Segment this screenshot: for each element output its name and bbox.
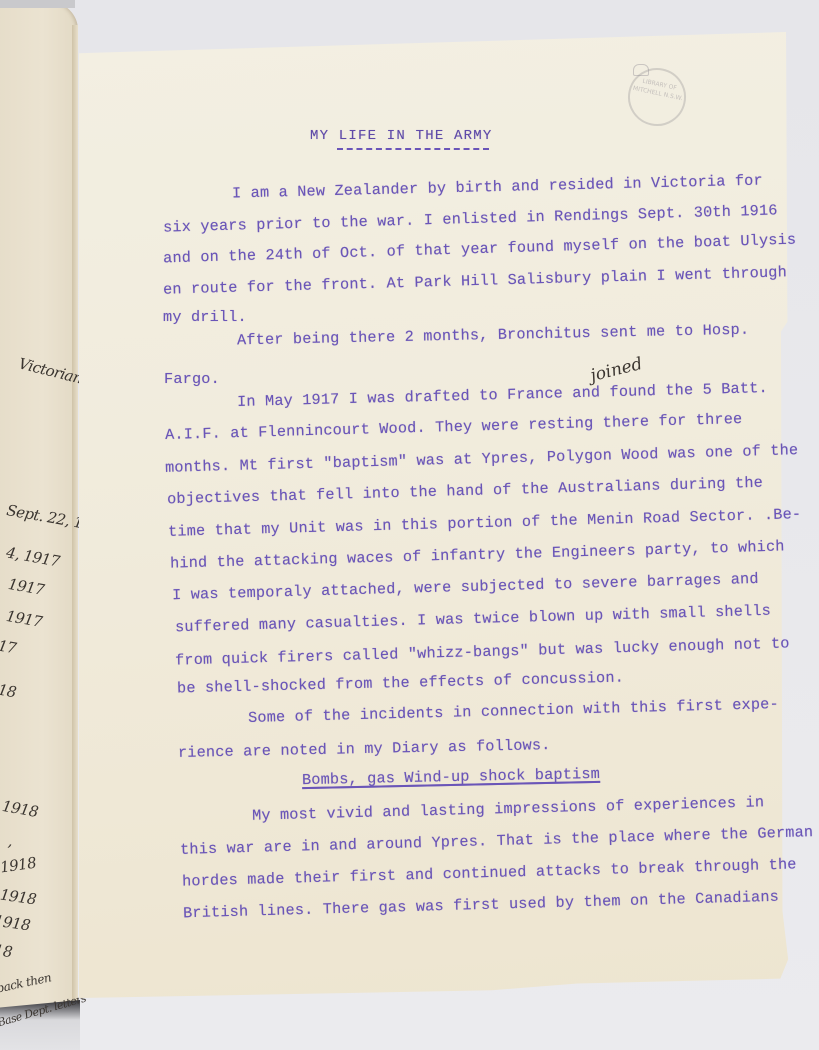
scanned-document-view: Victorian Sept. 22, 1917 4, 1917 1917 19… [0,0,819,1050]
album-corner [0,0,75,8]
text-line: my drill. [163,308,247,326]
margin-note-date: 1918 [0,912,31,935]
title-underline [337,148,489,150]
document-title: MY LIFE IN THE ARMY [310,128,492,144]
album-spine [72,25,78,1050]
margin-note-date: 17 [0,637,18,658]
margin-note-date: 18 [0,681,18,702]
text-line: Fargo. [164,370,220,388]
